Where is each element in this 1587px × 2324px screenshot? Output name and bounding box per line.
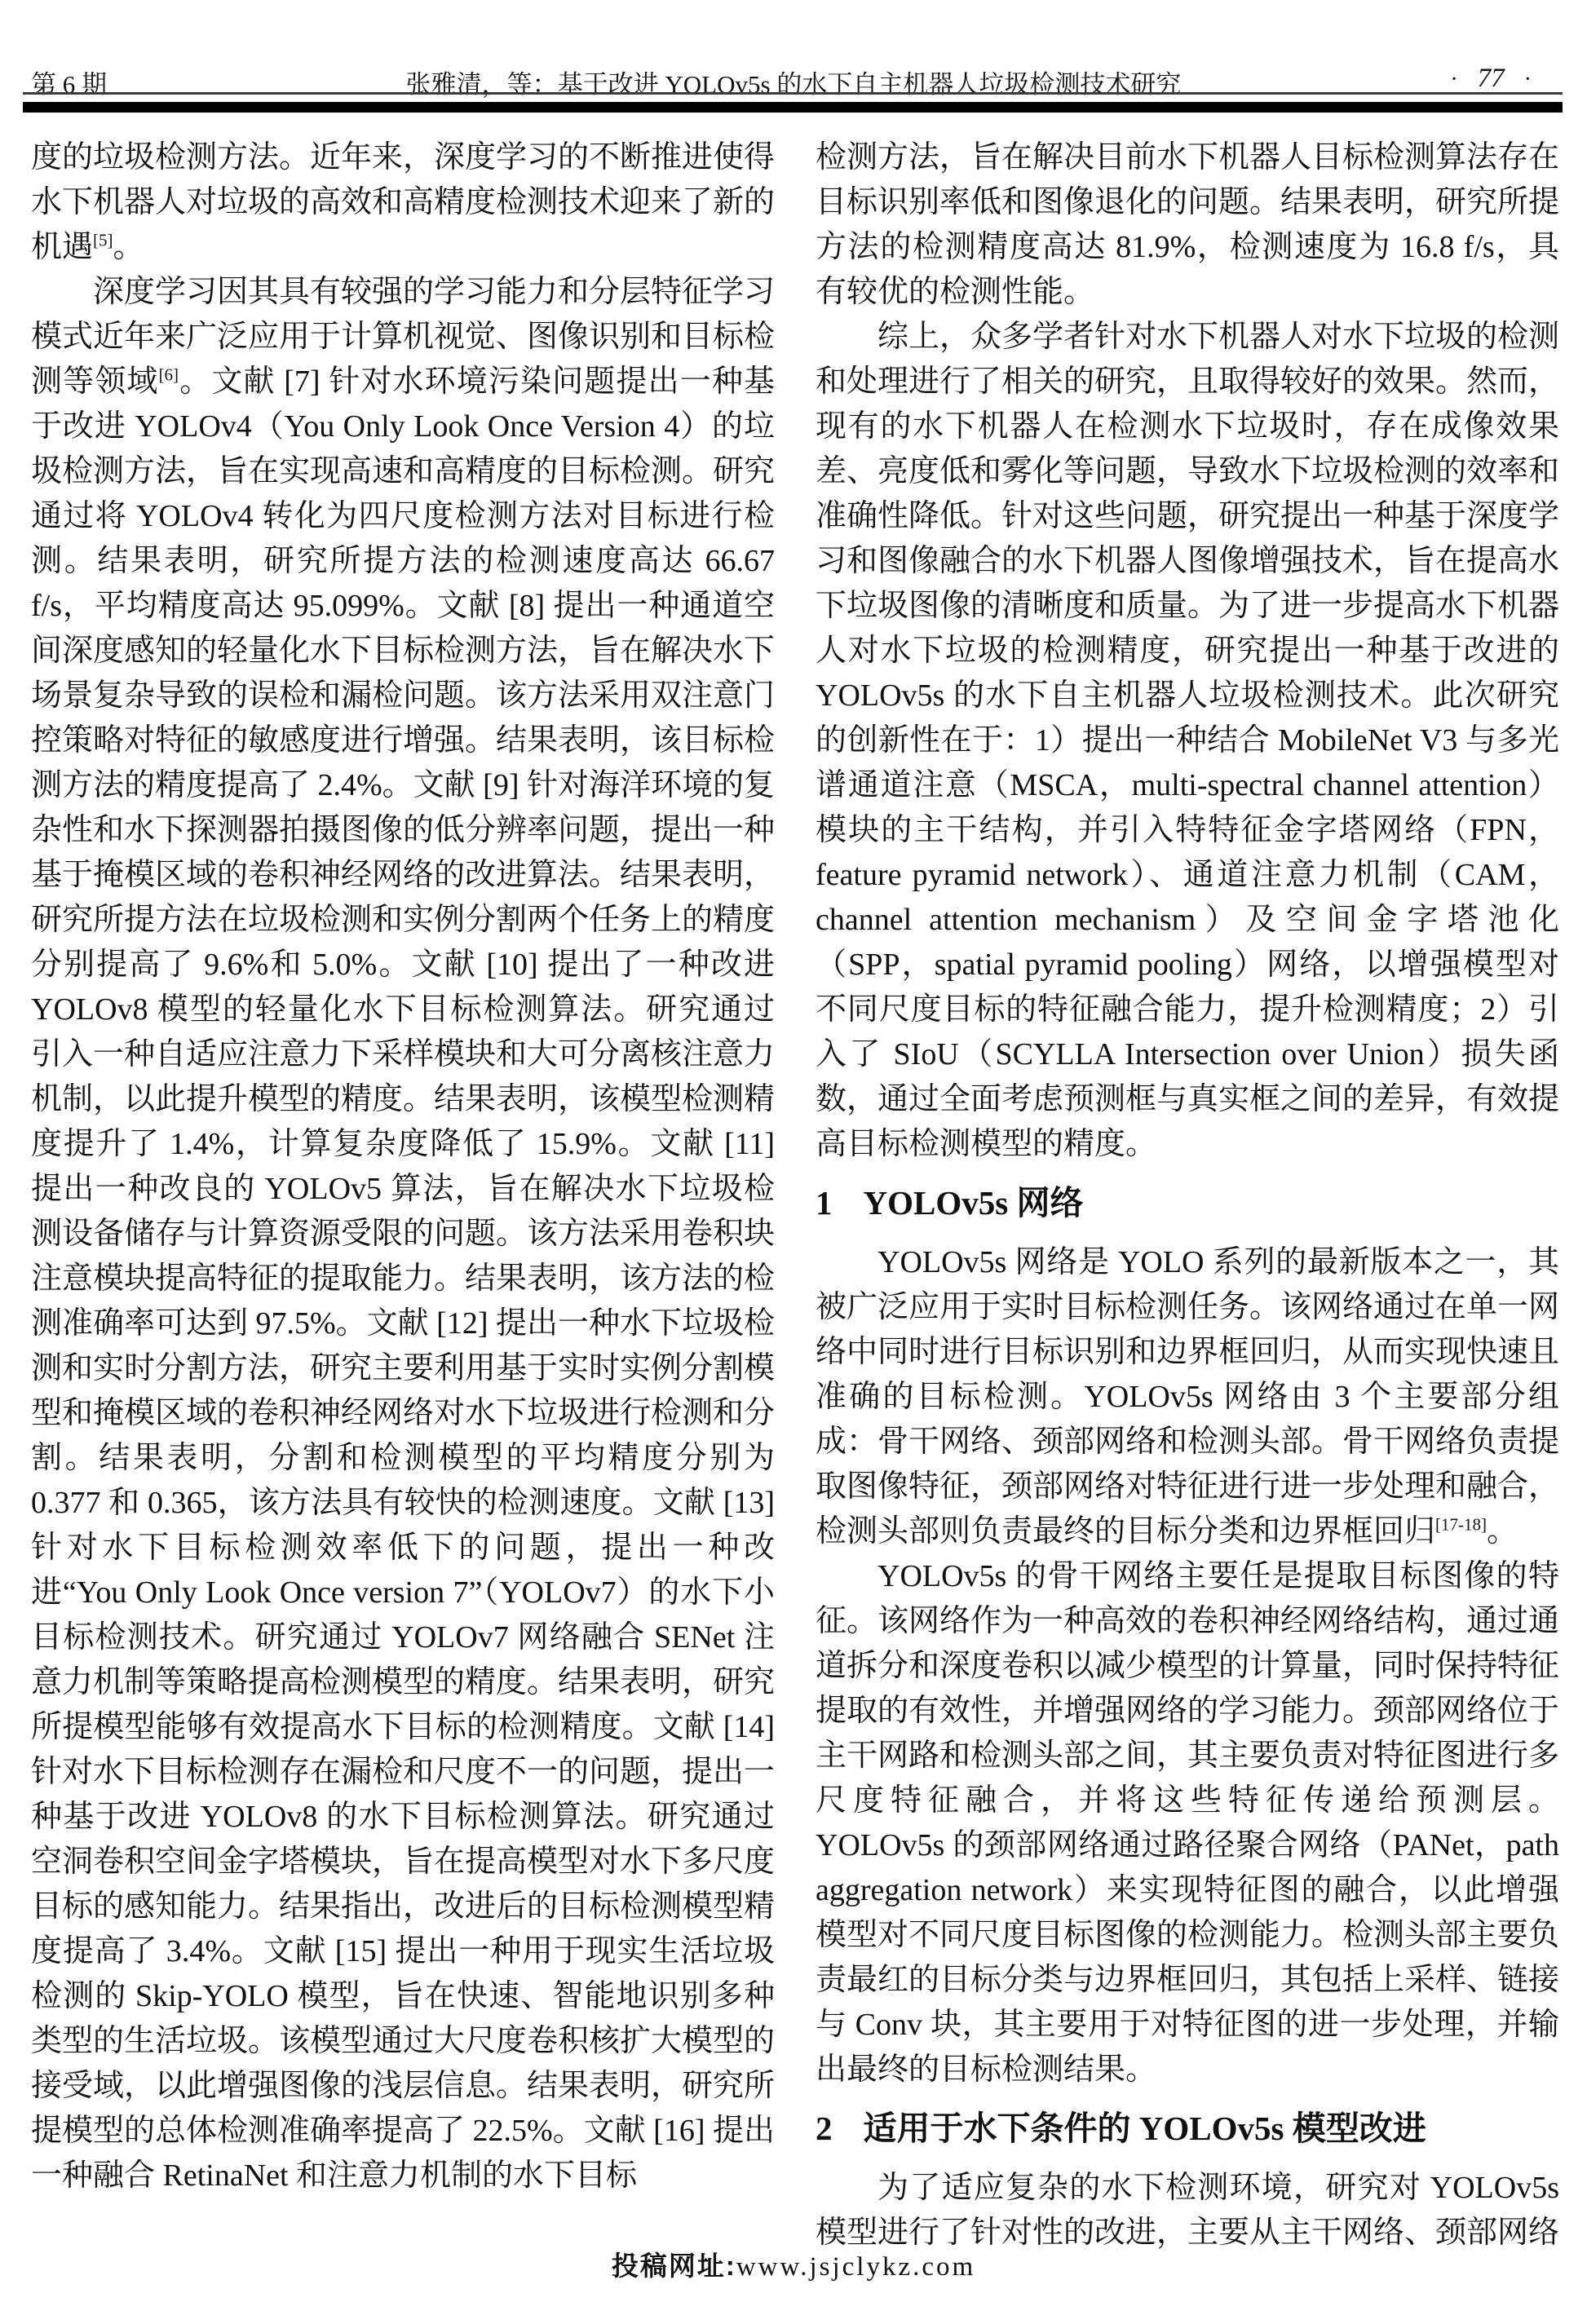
paragraph: 深度学习因其具有较强的学习能力和分层特征学习模式近年来广泛应用于计算机视觉、图像… bbox=[31, 270, 775, 2198]
citation-ref: [5] bbox=[93, 230, 113, 250]
left-column: 度的垃圾检测方法。近年来，深度学习的不断推进使得水下机器人对垃圾的高效和高精度检… bbox=[31, 135, 775, 2198]
page-header: 第 6 期 张雅清，等：基于改进 YOLOv5s 的水下自主机器人垃圾检测技术研… bbox=[31, 64, 1556, 96]
paragraph: YOLOv5s 的骨干网络主要任是提取目标图像的特征。该网络作为一种高效的卷积神… bbox=[816, 1554, 1559, 2092]
section-heading: 2适用于水下条件的 YOLOv5s 模型改进 bbox=[816, 2107, 1559, 2149]
header-issue: 第 6 期 bbox=[31, 64, 107, 100]
header-rule-thin bbox=[23, 92, 1563, 95]
citation-ref: [17-18] bbox=[1435, 1514, 1487, 1534]
header-rule-thick bbox=[23, 102, 1563, 113]
page-number-dot-left: · bbox=[1450, 67, 1457, 92]
paper-page: 第 6 期 张雅清，等：基于改进 YOLOv5s 的水下自主机器人垃圾检测技术研… bbox=[0, 0, 1587, 2324]
section-number: 1 bbox=[816, 1184, 833, 1222]
right-column: 检测方法，旨在解决目前水下机器人目标检测算法存在目标识别率低和图像退化的问题。结… bbox=[816, 135, 1559, 2256]
footer-submission-label: 投稿网址: bbox=[612, 2251, 736, 2281]
text-run: YOLOv5s 网络是 YOLO 系列的最新版本之一，其被广泛应用于实时目标检测… bbox=[816, 1245, 1559, 1549]
page-number: 77 bbox=[1478, 64, 1505, 93]
section-title: YOLOv5s 网络 bbox=[864, 1184, 1084, 1222]
text-run: YOLOv5s 的骨干网络主要任是提取目标图像的特征。该网络作为一种高效的卷积神… bbox=[816, 1559, 1559, 2087]
text-run: 。文献 [7] 针对水环境污染问题提出一种基于改进 YOLOv4（You Onl… bbox=[31, 365, 775, 2193]
paragraph: 检测方法，旨在解决目前水下机器人目标检测算法存在目标识别率低和图像退化的问题。结… bbox=[816, 135, 1559, 315]
text-run: 。 bbox=[1487, 1514, 1518, 1549]
header-page-number: ·77· bbox=[1450, 64, 1532, 94]
paragraph: 度的垃圾检测方法。近年来，深度学习的不断推进使得水下机器人对垃圾的高效和高精度检… bbox=[31, 135, 775, 270]
text-run: 为了适应复杂的水下检测环境，研究对 YOLOv5s 模型进行了针对性的改进，主要… bbox=[816, 2171, 1559, 2250]
section-title: 适用于水下条件的 YOLOv5s 模型改进 bbox=[864, 2110, 1426, 2147]
page-number-dot-right: · bbox=[1524, 67, 1532, 92]
paragraph: 为了适应复杂的水下检测环境，研究对 YOLOv5s 模型进行了针对性的改进，主要… bbox=[816, 2166, 1559, 2256]
page-footer: 投稿网址:www.jsjclykz.com bbox=[0, 2247, 1587, 2286]
header-running-title: 张雅清，等：基于改进 YOLOv5s 的水下自主机器人垃圾检测技术研究 bbox=[406, 64, 1182, 100]
text-run: 综上，众多学者针对水下机器人对水下垃圾的检测和处理进行了相关的研究，且取得较好的… bbox=[816, 320, 1559, 1161]
section-heading: 1YOLOv5s 网络 bbox=[816, 1182, 1559, 1224]
section-number: 2 bbox=[816, 2110, 833, 2147]
citation-ref: [6] bbox=[159, 365, 179, 384]
paragraph: 综上，众多学者针对水下机器人对水下垃圾的检测和处理进行了相关的研究，且取得较好的… bbox=[816, 315, 1559, 1167]
paragraph: YOLOv5s 网络是 YOLO 系列的最新版本之一，其被广泛应用于实时目标检测… bbox=[816, 1240, 1559, 1554]
footer-submission-url: www.jsjclykz.com bbox=[736, 2252, 975, 2282]
text-run: 。 bbox=[113, 230, 144, 264]
text-run: 检测方法，旨在解决目前水下机器人目标检测算法存在目标识别率低和图像退化的问题。结… bbox=[816, 140, 1559, 309]
